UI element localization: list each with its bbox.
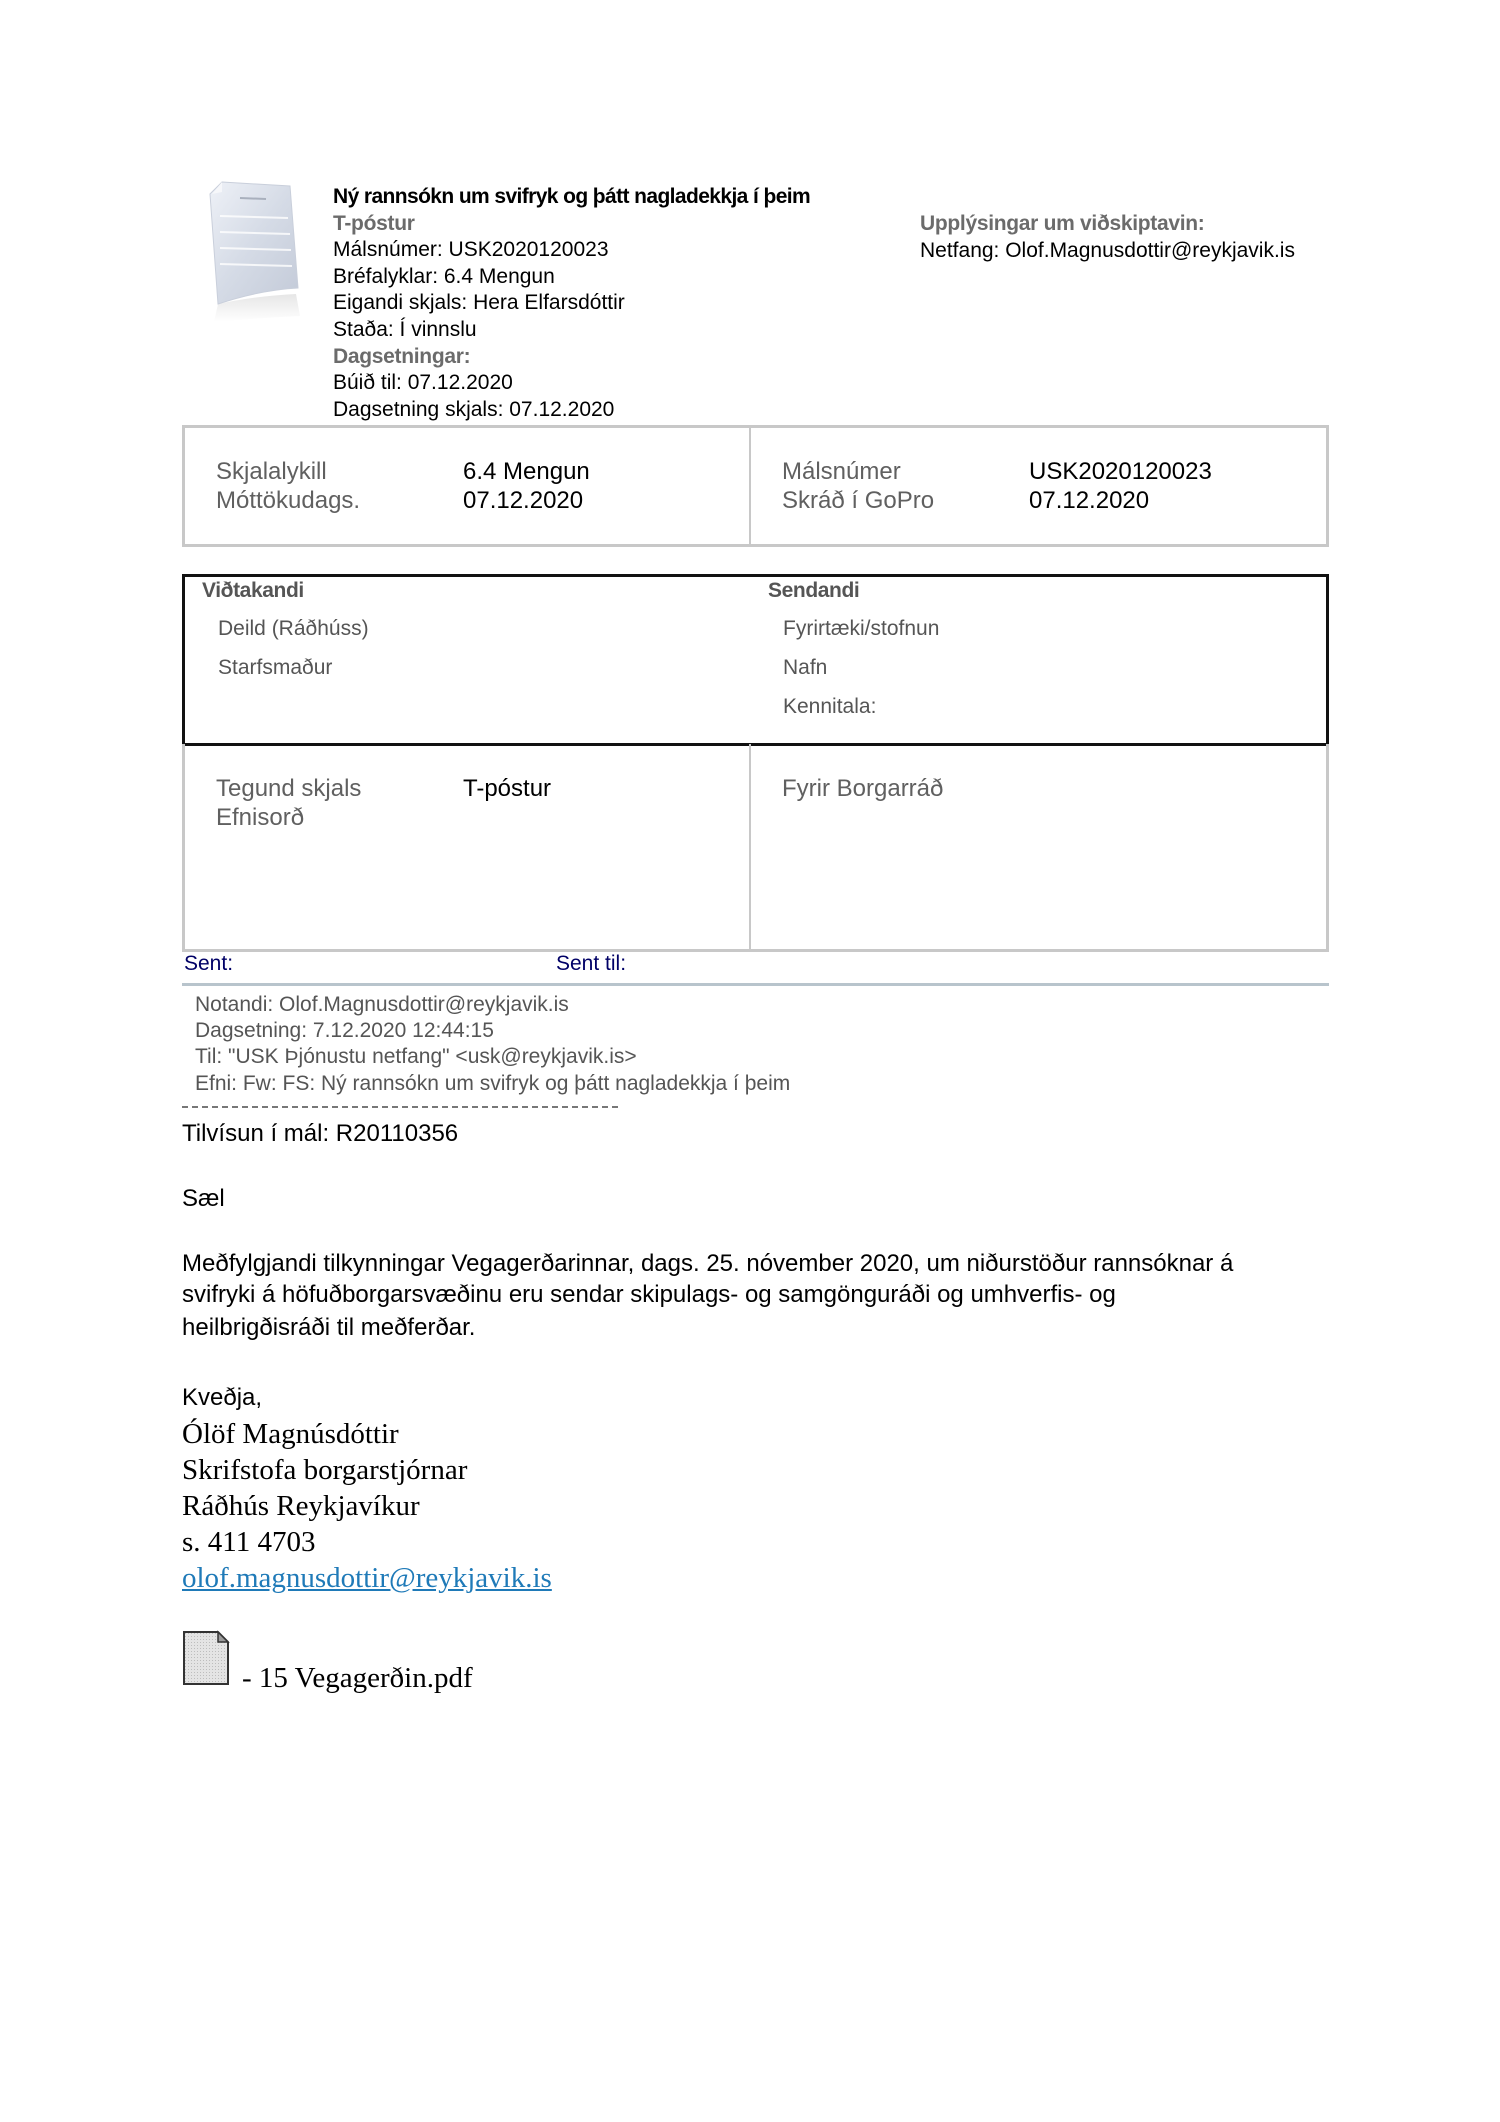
letter-keys: Bréfalyklar: 6.4 Mengun — [333, 264, 810, 291]
dashed-separator — [182, 1106, 618, 1108]
divider — [749, 744, 751, 949]
summary-label: Málsnúmer — [782, 457, 901, 486]
document-icon — [200, 176, 310, 326]
sender-heading: Sendandi — [768, 579, 859, 603]
summary-value: 6.4 Mengun — [463, 457, 590, 486]
body-line: svifryki á höfuðborgarsvæðinu eru sendar… — [182, 1279, 1342, 1310]
body-paragraph: Meðfylgjandi tilkynningar Vegagerðarinna… — [182, 1248, 1342, 1343]
document-type-box: Tegund skjals T-póstur Efnisorð Fyrir Bo… — [182, 744, 1329, 952]
type-label: Tegund skjals — [216, 774, 361, 803]
divider — [749, 428, 751, 544]
keywords-label: Efnisorð — [216, 803, 304, 832]
summary-value: 07.12.2020 — [463, 486, 583, 515]
type-value: T-póstur — [463, 774, 551, 803]
sender-field-company: Fyrirtæki/stofnun — [783, 617, 939, 641]
recipient-field-employee: Starfsmaður — [218, 656, 332, 680]
summary-label: Skráð í GoPro — [782, 486, 934, 515]
dates-heading: Dagsetningar: — [333, 344, 810, 371]
greeting: Sæl — [182, 1185, 225, 1213]
customer-email: Netfang: Olof.Magnusdottir@reykjavik.is — [920, 238, 1295, 265]
customer-heading: Upplýsingar um viðskiptavin: — [920, 211, 1295, 238]
email-date: Dagsetning: 7.12.2020 12:44:15 — [195, 1018, 790, 1044]
signature-office: Skrifstofa borgarstjórnar — [182, 1452, 552, 1488]
sender-field-id-number: Kennitala: — [783, 695, 876, 719]
summary-box: Skjalalykill 6.4 Mengun Móttökudags. 07.… — [182, 425, 1329, 547]
signature: Ólöf Magnúsdóttir Skrifstofa borgarstjór… — [182, 1416, 552, 1596]
document-date: Dagsetning skjals: 07.12.2020 — [333, 397, 810, 424]
parties-box: Viðtakandi Deild (Ráðhúss) Starfsmaður S… — [182, 574, 1329, 746]
case-number: Málsnúmer: USK2020120023 — [333, 237, 810, 264]
email-metadata: Notandi: Olof.Magnusdottir@reykjavik.is … — [195, 992, 790, 1097]
created-date: Búið til: 07.12.2020 — [333, 370, 810, 397]
recipient-field-department: Deild (Ráðhúss) — [218, 617, 369, 641]
body-line: Meðfylgjandi tilkynningar Vegagerðarinna… — [182, 1248, 1342, 1279]
separator-line — [182, 983, 1329, 986]
case-reference: Tilvísun í mál: R20110356 — [182, 1120, 458, 1148]
sent-label: Sent: — [184, 952, 233, 976]
signature-phone: s. 411 4703 — [182, 1524, 552, 1560]
document-type: T-póstur — [333, 211, 810, 238]
sent-to-label: Sent til: — [556, 952, 626, 976]
signature-building: Ráðhús Reykjavíkur — [182, 1488, 552, 1524]
document-owner: Eigandi skjals: Hera Elfarsdóttir — [333, 290, 810, 317]
email-subject: Efni: Fw: FS: Ný rannsókn um svifryk og … — [195, 1071, 790, 1097]
for-label: Fyrir Borgarráð — [782, 774, 943, 803]
body-line: heilbrigðisráði til meðferðar. — [182, 1312, 1342, 1343]
signature-email-link[interactable]: olof.magnusdottir@reykjavik.is — [182, 1562, 552, 1594]
summary-value: USK2020120023 — [1029, 457, 1212, 486]
attachment-name[interactable]: - 15 Vegagerðin.pdf — [242, 1662, 473, 1695]
recipient-heading: Viðtakandi — [202, 579, 304, 603]
email-to: Til: "USK Þjónustu netfang" <usk@reykjav… — [195, 1044, 790, 1070]
document-header: Ný rannsókn um svifryk og þátt nagladekk… — [333, 184, 810, 423]
sender-field-name: Nafn — [783, 656, 827, 680]
file-icon — [182, 1630, 230, 1686]
summary-label: Skjalalykill — [216, 457, 327, 486]
signature-name: Ólöf Magnúsdóttir — [182, 1416, 552, 1452]
document-title: Ný rannsókn um svifryk og þátt nagladekk… — [333, 184, 810, 211]
email-user: Notandi: Olof.Magnusdottir@reykjavik.is — [195, 992, 790, 1018]
summary-value: 07.12.2020 — [1029, 486, 1149, 515]
document-status: Staða: Í vinnslu — [333, 317, 810, 344]
customer-info: Upplýsingar um viðskiptavin: Netfang: Ol… — [920, 211, 1295, 264]
closing: Kveðja, — [182, 1384, 262, 1412]
summary-label: Móttökudags. — [216, 486, 360, 515]
